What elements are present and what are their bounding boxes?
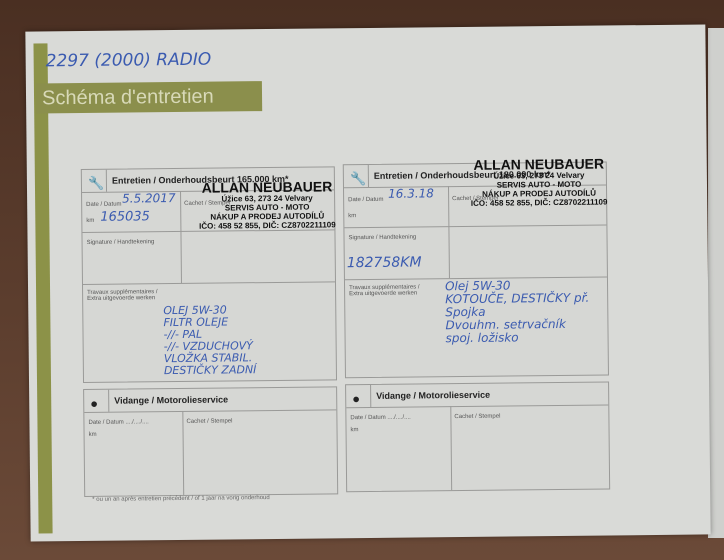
- dealer-stamp: ALLAN NEUBAUER Úžice 63, 273 24 Velvary …: [464, 156, 615, 208]
- date-label: Date / Datum: [86, 202, 121, 208]
- service-card-1: 🔧Entretien / Onderhoudsbeurt 165.000 km*…: [81, 166, 337, 383]
- oil-drop-icon: ●: [90, 393, 98, 415]
- booklet-page: 2297 (2000) RADIO Schéma d'entretien 🔧En…: [25, 24, 710, 541]
- km-value: 165035: [100, 209, 150, 225]
- km-value: 182758KM: [347, 254, 422, 271]
- section-title: Schéma d'entretien: [36, 81, 262, 113]
- wrench-icon: 🔧: [88, 173, 104, 195]
- extra-work-lines: OLEJ 5W-30 FILTR OLEJE -//- PAL -//- VZD…: [163, 304, 256, 377]
- handwritten-note: 2297 (2000) RADIO: [46, 50, 212, 72]
- date-label: Date / Datum: [348, 197, 383, 203]
- oil-drop-icon: ●: [352, 388, 360, 410]
- km-label: km: [86, 218, 94, 224]
- extra-work-label: Travaux supplémentaires / Extra uitgevoe…: [87, 289, 167, 302]
- date-value: 16.3.18: [388, 186, 434, 200]
- service-card-2: 🔧Entretien / Onderhoudsbeurt 180.000 km*…: [343, 161, 609, 378]
- signature-label: Signature / Handtekening: [348, 234, 416, 241]
- extra-work-lines: Olej 5W-30 KOTOUČE, DESTIČKY př. Spojka …: [445, 279, 590, 346]
- km-label: km: [348, 213, 356, 219]
- green-spine: [33, 43, 52, 533]
- date-value: 5.5.2017: [122, 191, 176, 206]
- oil-service-card-2: ●Vidange / Motorolieservice Date / Datum…: [345, 381, 610, 492]
- extra-work-label: Travaux supplémentaires / Extra uitgevoe…: [349, 284, 429, 297]
- next-page-edge: [708, 28, 724, 538]
- wrench-icon: 🔧: [350, 168, 366, 190]
- signature-label: Signature / Handtekening: [87, 239, 155, 246]
- footnote: * ou un an après entretien précédent / o…: [92, 495, 270, 503]
- oil-service-card-1: ●Vidange / Motorolieservice Date / Datum…: [83, 386, 338, 497]
- dealer-stamp: ALLAN NEUBAUER Úžice 63, 273 24 Velvary …: [192, 179, 343, 231]
